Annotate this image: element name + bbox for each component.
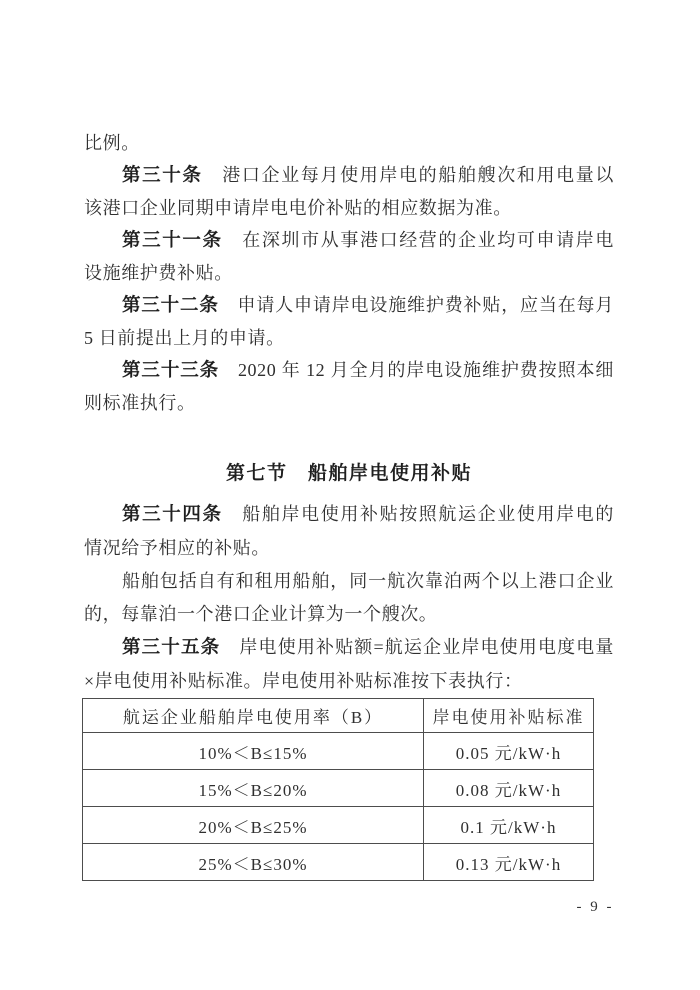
paragraph-line: 该港口企业同期申请岸电电价补贴的相应数据为准。 xyxy=(84,192,614,224)
document-page: 比例。 第三十条 港口企业每月使用岸电的船舶艘次和用电量以 该港口企业同期申请岸… xyxy=(0,0,700,990)
table-cell-subsidy: 0.1 元/kW·h xyxy=(424,807,594,844)
line-text: 申请人申请岸电设施维护费补贴，应当在每月 xyxy=(219,295,614,315)
line-text: 岸电使用补贴额=航运企业岸电使用电度电量 xyxy=(220,637,614,657)
line-text: 设施维护费补贴。 xyxy=(84,263,233,283)
section-body: 第三十四条 船舶岸电使用补贴按照航运企业使用岸电的 情况给予相应的补贴。 船舶包… xyxy=(84,498,614,881)
article-number: 第三十三条 xyxy=(122,361,219,381)
table-row: 15%＜B≤20% 0.08 元/kW·h xyxy=(83,770,594,807)
line-text: 比例。 xyxy=(84,133,140,153)
paragraph-line: 5 日前提出上月的申请。 xyxy=(84,322,614,354)
line-text: 5 日前提出上月的申请。 xyxy=(84,328,285,348)
article-number: 第三十一条 xyxy=(122,231,223,251)
line-text: ×岸电使用补贴标准。岸电使用补贴标准按下表执行： xyxy=(84,671,523,691)
paragraph-line: 第三十条 港口企业每月使用岸电的船舶艘次和用电量以 xyxy=(84,159,614,192)
article-number: 第三十二条 xyxy=(122,296,219,316)
table-row: 10%＜B≤15% 0.05 元/kW·h xyxy=(83,733,594,770)
page-number: - 9 - xyxy=(577,899,615,916)
paragraph-line: 第三十二条 申请人申请岸电设施维护费补贴，应当在每月 xyxy=(84,289,614,322)
subsidy-table: 航运企业船舶岸电使用率（B） 岸电使用补贴标准 10%＜B≤15% 0.05 元… xyxy=(82,698,594,881)
article-number: 第三十四条 xyxy=(122,505,223,525)
line-text: 则标准执行。 xyxy=(84,393,196,413)
table-cell-usage-rate: 20%＜B≤25% xyxy=(83,807,424,844)
paragraph-line: 第三十四条 船舶岸电使用补贴按照航运企业使用岸电的 xyxy=(84,498,614,532)
line-text: 的，每靠泊一个港口企业计算为一个艘次。 xyxy=(84,604,437,624)
table-cell-subsidy: 0.05 元/kW·h xyxy=(424,733,594,770)
header-usage-rate: 航运企业船舶岸电使用率（B） xyxy=(83,699,424,733)
paragraph-line: 情况给予相应的补贴。 xyxy=(84,532,614,565)
table-cell-subsidy: 0.13 元/kW·h xyxy=(424,844,594,881)
section-heading: 第七节 船舶岸电使用补贴 xyxy=(84,458,614,490)
line-text: 船舶包括自有和租用船舶，同一航次靠泊两个以上港口企业 xyxy=(122,571,614,591)
paragraph-line: 第三十五条 岸电使用补贴额=航运企业岸电使用电度电量 xyxy=(84,631,614,665)
line-text: 港口企业每月使用岸电的船舶艘次和用电量以 xyxy=(203,165,614,185)
table-cell-usage-rate: 10%＜B≤15% xyxy=(83,733,424,770)
paragraph-line: 船舶包括自有和租用船舶，同一航次靠泊两个以上港口企业 xyxy=(84,565,614,598)
document-body: 比例。 第三十条 港口企业每月使用岸电的船舶艘次和用电量以 该港口企业同期申请岸… xyxy=(84,127,614,881)
article-number: 第三十条 xyxy=(122,166,203,186)
table-row: 25%＜B≤30% 0.13 元/kW·h xyxy=(83,844,594,881)
line-text: 2020 年 12 月全月的岸电设施维护费按照本细 xyxy=(219,360,614,380)
line-text: 该港口企业同期申请岸电电价补贴的相应数据为准。 xyxy=(84,198,512,218)
line-text: 在深圳市从事港口经营的企业均可申请岸电 xyxy=(223,230,614,250)
table-header-row: 航运企业船舶岸电使用率（B） 岸电使用补贴标准 xyxy=(83,699,594,733)
table-cell-usage-rate: 15%＜B≤20% xyxy=(83,770,424,807)
table-row: 20%＜B≤25% 0.1 元/kW·h xyxy=(83,807,594,844)
line-text: 船舶岸电使用补贴按照航运企业使用岸电的 xyxy=(223,504,614,524)
paragraph-line: 设施维护费补贴。 xyxy=(84,257,614,289)
article-number: 第三十五条 xyxy=(122,638,220,658)
table-cell-usage-rate: 25%＜B≤30% xyxy=(83,844,424,881)
line-text: 情况给予相应的补贴。 xyxy=(84,538,270,558)
paragraph-line: 的，每靠泊一个港口企业计算为一个艘次。 xyxy=(84,598,614,631)
paragraph-line: 比例。 xyxy=(84,127,614,159)
paragraph-line: ×岸电使用补贴标准。岸电使用补贴标准按下表执行： xyxy=(84,665,614,698)
header-subsidy-standard: 岸电使用补贴标准 xyxy=(424,699,594,733)
table-cell-subsidy: 0.08 元/kW·h xyxy=(424,770,594,807)
paragraph-line: 第三十三条 2020 年 12 月全月的岸电设施维护费按照本细 xyxy=(84,354,614,387)
paragraph-line: 第三十一条 在深圳市从事港口经营的企业均可申请岸电 xyxy=(84,224,614,257)
paragraph-line: 则标准执行。 xyxy=(84,387,614,419)
